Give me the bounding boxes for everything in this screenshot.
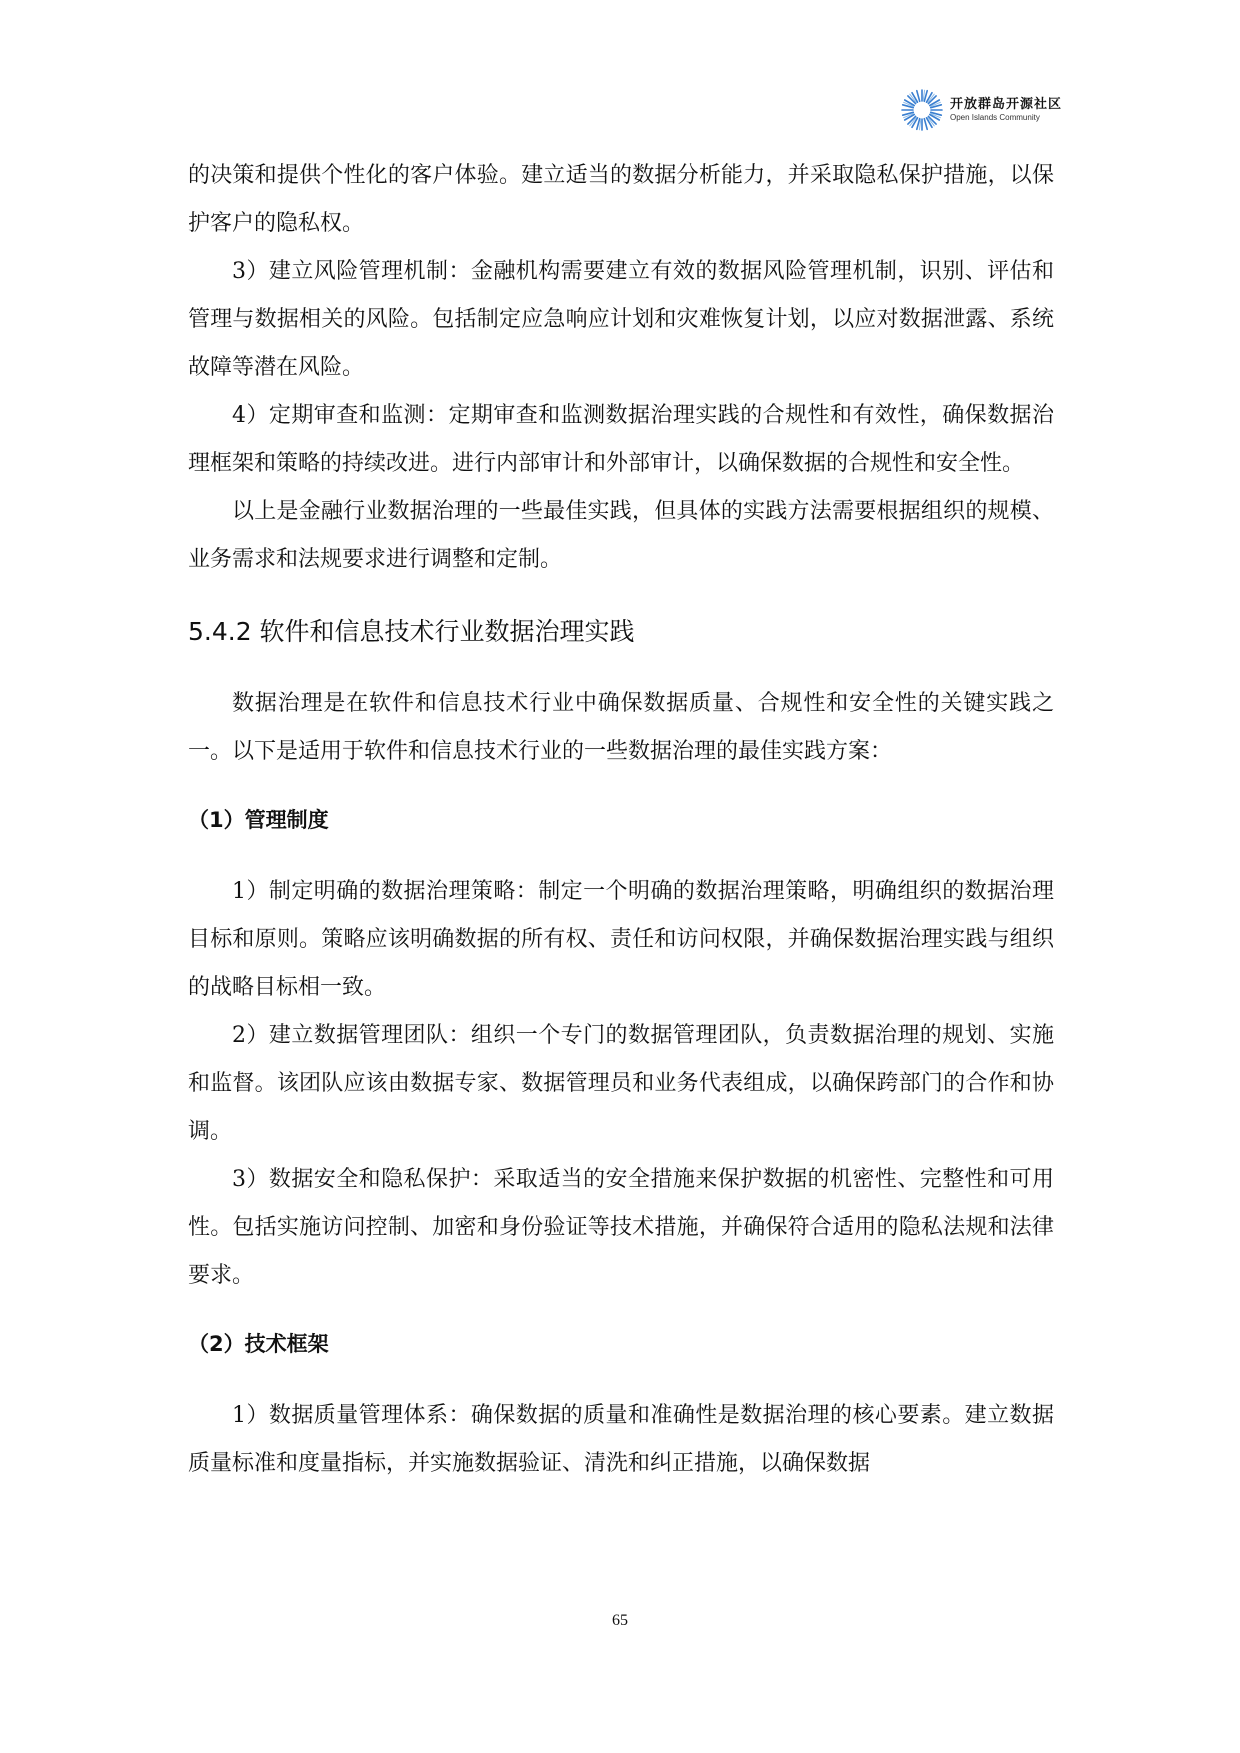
logo-chinese-name: 开放群岛开源社区 [950,98,1062,111]
subsection-heading-management: （1）管理制度 [188,802,1054,838]
page-number: 65 [0,1612,1240,1630]
list-item: 1）数据质量管理体系：确保数据的质量和准确性是数据治理的核心要素。建立数据质量标… [188,1392,1054,1488]
document-body: 的决策和提供个性化的客户体验。建立适当的数据分析能力，并采取隐私保护措施，以保护… [188,152,1054,1488]
header-logo: 开放群岛开源社区 Open Islands Community [900,88,1062,132]
paragraph-continuation: 的决策和提供个性化的客户体验。建立适当的数据分析能力，并采取隐私保护措施，以保护… [188,152,1054,248]
list-item: 1）制定明确的数据治理策略：制定一个明确的数据治理策略，明确组织的数据治理目标和… [188,868,1054,1012]
paragraph-periodic-review: 4）定期审查和监测：定期审查和监测数据治理实践的合规性和有效性，确保数据治理框架… [188,392,1054,488]
paragraph-risk-management: 3）建立风险管理机制：金融机构需要建立有效的数据风险管理机制，识别、评估和管理与… [188,248,1054,392]
list-item: 2）建立数据管理团队：组织一个专门的数据管理团队，负责数据治理的规划、实施和监督… [188,1012,1054,1156]
paragraph-summary: 以上是金融行业数据治理的一些最佳实践，但具体的实践方法需要根据组织的规模、业务需… [188,488,1054,584]
subsection-heading-tech-framework: （2）技术框架 [188,1326,1054,1362]
section-heading: 5.4.2 软件和信息技术行业数据治理实践 [188,612,1054,652]
logo-english-name: Open Islands Community [950,114,1062,122]
paragraph-intro: 数据治理是在软件和信息技术行业中确保数据质量、合规性和安全性的关键实践之一。以下… [188,680,1054,776]
list-item: 3）数据安全和隐私保护：采取适当的安全措施来保护数据的机密性、完整性和可用性。包… [188,1156,1054,1300]
sunburst-logo-icon [900,88,944,132]
logo-text: 开放群岛开源社区 Open Islands Community [950,98,1062,122]
